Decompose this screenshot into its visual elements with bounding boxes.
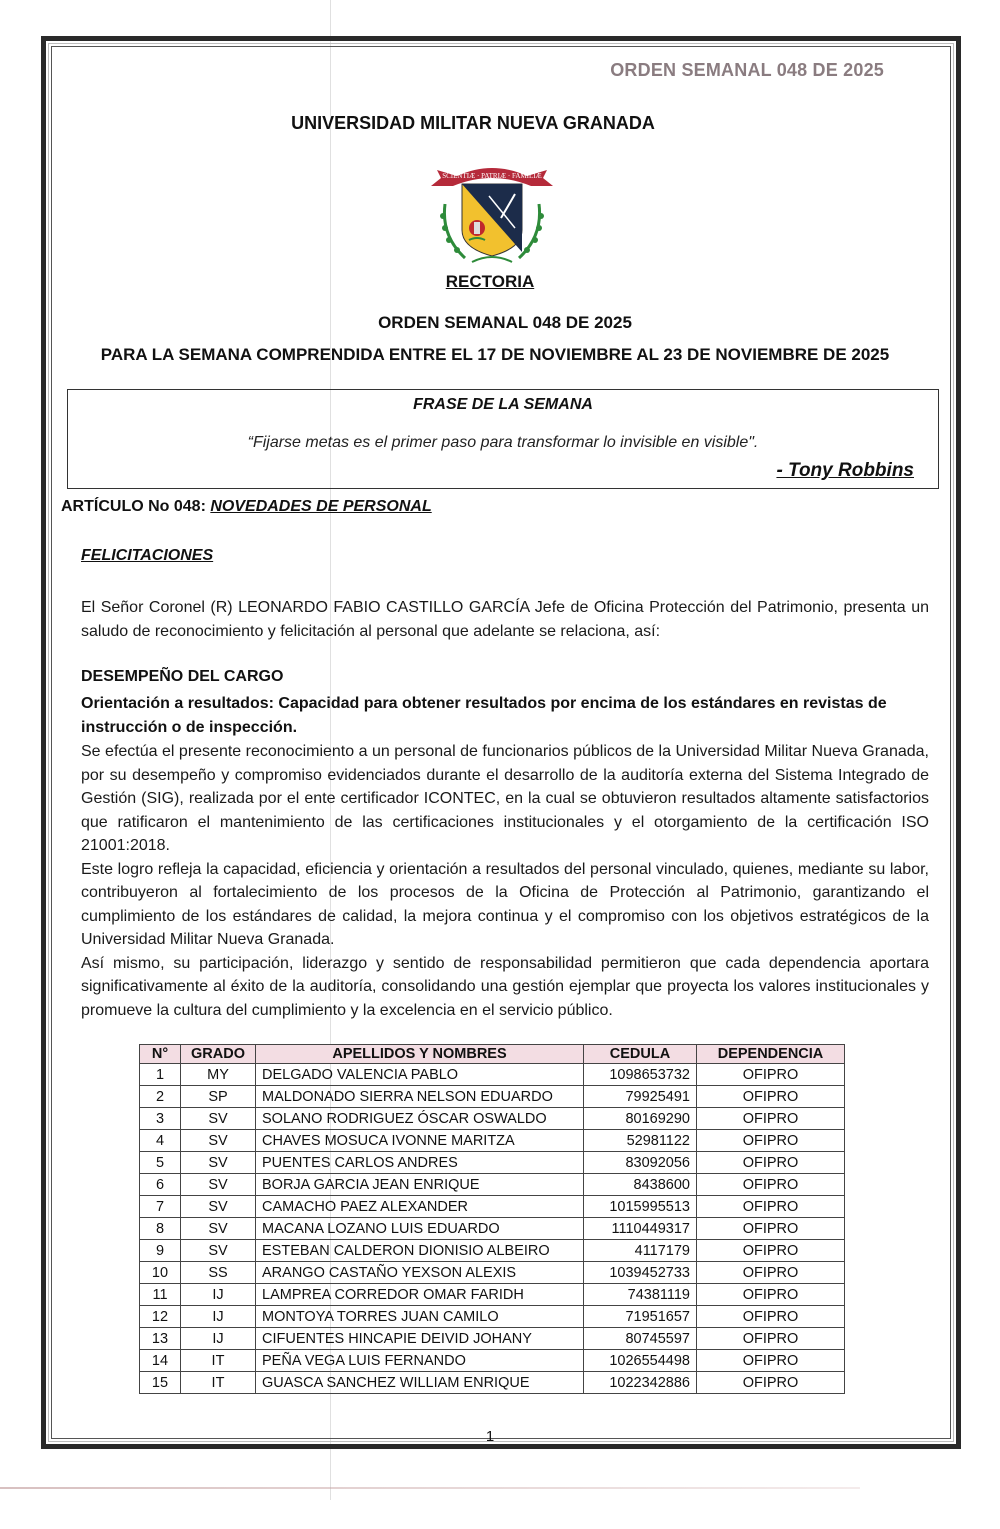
table-header-row: N° GRADO APELLIDOS Y NOMBRES CEDULA DEPE…	[140, 1045, 845, 1064]
cell-name: PUENTES CARLOS ANDRES	[256, 1152, 584, 1174]
quote-author: - Tony Robbins	[776, 460, 914, 482]
cell-grade: IJ	[181, 1284, 256, 1306]
section-heading: FELICITACIONES	[81, 547, 213, 565]
cell-id: 8438600	[584, 1174, 697, 1196]
cell-grade: SP	[181, 1086, 256, 1108]
col-header-department: DEPENDENCIA	[697, 1045, 845, 1064]
table-row: 2SPMALDONADO SIERRA NELSON EDUARDO799254…	[140, 1086, 845, 1108]
page-number: 1	[0, 1428, 980, 1445]
order-title: ORDEN SEMANAL 048 DE 2025	[0, 313, 1000, 333]
cell-number: 13	[140, 1328, 181, 1350]
cell-department: OFIPRO	[697, 1328, 845, 1350]
table-row: 12IJMONTOYA TORRES JUAN CAMILO71951657OF…	[140, 1306, 845, 1328]
cell-name: SOLANO RODRIGUEZ ÓSCAR OSWALDO	[256, 1108, 584, 1130]
cell-number: 15	[140, 1372, 181, 1394]
cell-grade: IT	[181, 1350, 256, 1372]
table-row: 14ITPEÑA VEGA LUIS FERNANDO1026554498OFI…	[140, 1350, 845, 1372]
cell-grade: SV	[181, 1108, 256, 1130]
cell-grade: IJ	[181, 1306, 256, 1328]
cell-department: OFIPRO	[697, 1174, 845, 1196]
table-row: 3SVSOLANO RODRIGUEZ ÓSCAR OSWALDO8016929…	[140, 1108, 845, 1130]
cell-department: OFIPRO	[697, 1284, 845, 1306]
cell-name: BORJA GARCIA JEAN ENRIQUE	[256, 1174, 584, 1196]
table-row: 4SVCHAVES MOSUCA IVONNE MARITZA52981122O…	[140, 1130, 845, 1152]
cell-name: MACANA LOZANO LUIS EDUARDO	[256, 1218, 584, 1240]
cell-name: GUASCA SANCHEZ WILLIAM ENRIQUE	[256, 1372, 584, 1394]
cell-department: OFIPRO	[697, 1262, 845, 1284]
cell-name: ESTEBAN CALDERON DIONISIO ALBEIRO	[256, 1240, 584, 1262]
table-row: 15ITGUASCA SANCHEZ WILLIAM ENRIQUE102234…	[140, 1372, 845, 1394]
cell-department: OFIPRO	[697, 1086, 845, 1108]
cell-id: 1039452733	[584, 1262, 697, 1284]
cell-name: MONTOYA TORRES JUAN CAMILO	[256, 1306, 584, 1328]
body-paragraph: Así mismo, su participación, liderazgo y…	[81, 952, 929, 1023]
cell-grade: SV	[181, 1240, 256, 1262]
cell-id: 80169290	[584, 1108, 697, 1130]
cell-number: 10	[140, 1262, 181, 1284]
quote-text: “Fijarse metas es el primer paso para tr…	[68, 434, 938, 452]
cell-department: OFIPRO	[697, 1196, 845, 1218]
cell-name: CHAVES MOSUCA IVONNE MARITZA	[256, 1130, 584, 1152]
cell-name: LAMPREA CORREDOR OMAR FARIDH	[256, 1284, 584, 1306]
personnel-table: N° GRADO APELLIDOS Y NOMBRES CEDULA DEPE…	[139, 1044, 845, 1394]
col-header-grade: GRADO	[181, 1045, 256, 1064]
cell-department: OFIPRO	[697, 1064, 845, 1086]
university-name: UNIVERSIDAD MILITAR NUEVA GRANADA	[0, 113, 946, 134]
cell-department: OFIPRO	[697, 1218, 845, 1240]
cell-grade: IT	[181, 1372, 256, 1394]
cell-name: DELGADO VALENCIA PABLO	[256, 1064, 584, 1086]
cell-department: OFIPRO	[697, 1306, 845, 1328]
quote-of-the-week-box: FRASE DE LA SEMANA “Fijarse metas es el …	[67, 389, 939, 489]
article-subject: NOVEDADES DE PERSONAL	[210, 498, 431, 515]
table-row: 10SSARANGO CASTAÑO YEXSON ALEXIS10394527…	[140, 1262, 845, 1284]
category-title: DESEMPEÑO DEL CARGO	[81, 668, 283, 686]
week-range: PARA LA SEMANA COMPRENDIDA ENTRE EL 17 D…	[60, 345, 930, 365]
cell-department: OFIPRO	[697, 1130, 845, 1152]
col-header-id: CEDULA	[584, 1045, 697, 1064]
table-row: 5SVPUENTES CARLOS ANDRES83092056OFIPRO	[140, 1152, 845, 1174]
cell-department: OFIPRO	[697, 1372, 845, 1394]
cell-number: 12	[140, 1306, 181, 1328]
cell-id: 1110449317	[584, 1218, 697, 1240]
cell-name: CAMACHO PAEZ ALEXANDER	[256, 1196, 584, 1218]
criterion-text: Orientación a resultados: Capacidad para…	[81, 692, 929, 739]
cell-name: PEÑA VEGA LUIS FERNANDO	[256, 1350, 584, 1372]
cell-grade: MY	[181, 1064, 256, 1086]
body-text: Se efectúa el presente reconocimiento a …	[81, 740, 929, 1022]
cell-id: 1098653732	[584, 1064, 697, 1086]
article-heading: ARTÍCULO No 048: NOVEDADES DE PERSONAL	[61, 498, 432, 516]
table-body: 1MYDELGADO VALENCIA PABLO1098653732OFIPR…	[140, 1064, 845, 1394]
cell-id: 79925491	[584, 1086, 697, 1108]
intro-paragraph: El Señor Coronel (R) LEONARDO FABIO CAST…	[81, 596, 929, 643]
article-label: ARTÍCULO No 048:	[61, 498, 210, 515]
office-title: RECTORIA	[0, 272, 980, 292]
cell-id: 83092056	[584, 1152, 697, 1174]
cell-name: ARANGO CASTAÑO YEXSON ALEXIS	[256, 1262, 584, 1284]
cell-number: 6	[140, 1174, 181, 1196]
col-header-name: APELLIDOS Y NOMBRES	[256, 1045, 584, 1064]
cell-id: 74381119	[584, 1284, 697, 1306]
cell-id: 1026554498	[584, 1350, 697, 1372]
cell-number: 9	[140, 1240, 181, 1262]
quote-title: FRASE DE LA SEMANA	[68, 396, 938, 414]
cell-id: 1015995513	[584, 1196, 697, 1218]
cell-number: 14	[140, 1350, 181, 1372]
table-row: 6SVBORJA GARCIA JEAN ENRIQUE8438600OFIPR…	[140, 1174, 845, 1196]
cell-grade: SV	[181, 1174, 256, 1196]
cell-number: 2	[140, 1086, 181, 1108]
body-paragraph: Este logro refleja la capacidad, eficien…	[81, 858, 929, 952]
cell-department: OFIPRO	[697, 1240, 845, 1262]
university-crest-icon: SCIENTIÆ · PATRIÆ · FAMILIÆ	[427, 156, 557, 268]
table-row: 9SVESTEBAN CALDERON DIONISIO ALBEIRO4117…	[140, 1240, 845, 1262]
cell-number: 7	[140, 1196, 181, 1218]
cell-name: MALDONADO SIERRA NELSON EDUARDO	[256, 1086, 584, 1108]
svg-text:SCIENTIÆ · PATRIÆ · FAMILIÆ: SCIENTIÆ · PATRIÆ · FAMILIÆ	[442, 172, 542, 180]
cell-department: OFIPRO	[697, 1152, 845, 1174]
cell-id: 80745597	[584, 1328, 697, 1350]
cell-number: 8	[140, 1218, 181, 1240]
table-row: 8SVMACANA LOZANO LUIS EDUARDO1110449317O…	[140, 1218, 845, 1240]
body-paragraph: Se efectúa el presente reconocimiento a …	[81, 740, 929, 858]
cell-number: 3	[140, 1108, 181, 1130]
cell-id: 52981122	[584, 1130, 697, 1152]
cell-grade: SS	[181, 1262, 256, 1284]
cell-id: 4117179	[584, 1240, 697, 1262]
col-header-number: N°	[140, 1045, 181, 1064]
cell-number: 11	[140, 1284, 181, 1306]
cell-id: 1022342886	[584, 1372, 697, 1394]
cell-number: 5	[140, 1152, 181, 1174]
cell-grade: SV	[181, 1152, 256, 1174]
table-row: 7SVCAMACHO PAEZ ALEXANDER1015995513OFIPR…	[140, 1196, 845, 1218]
cell-name: CIFUENTES HINCAPIE DEIVID JOHANY	[256, 1328, 584, 1350]
order-code-header: ORDEN SEMANAL 048 DE 2025	[610, 60, 884, 81]
table-row: 13IJCIFUENTES HINCAPIE DEIVID JOHANY8074…	[140, 1328, 845, 1350]
cell-id: 71951657	[584, 1306, 697, 1328]
scan-artifact-bottom-line	[0, 1487, 860, 1489]
cell-grade: SV	[181, 1130, 256, 1152]
table-row: 1MYDELGADO VALENCIA PABLO1098653732OFIPR…	[140, 1064, 845, 1086]
cell-department: OFIPRO	[697, 1350, 845, 1372]
cell-number: 4	[140, 1130, 181, 1152]
cell-grade: SV	[181, 1196, 256, 1218]
table-row: 11IJLAMPREA CORREDOR OMAR FARIDH74381119…	[140, 1284, 845, 1306]
cell-grade: SV	[181, 1218, 256, 1240]
cell-department: OFIPRO	[697, 1108, 845, 1130]
cell-grade: IJ	[181, 1328, 256, 1350]
cell-number: 1	[140, 1064, 181, 1086]
